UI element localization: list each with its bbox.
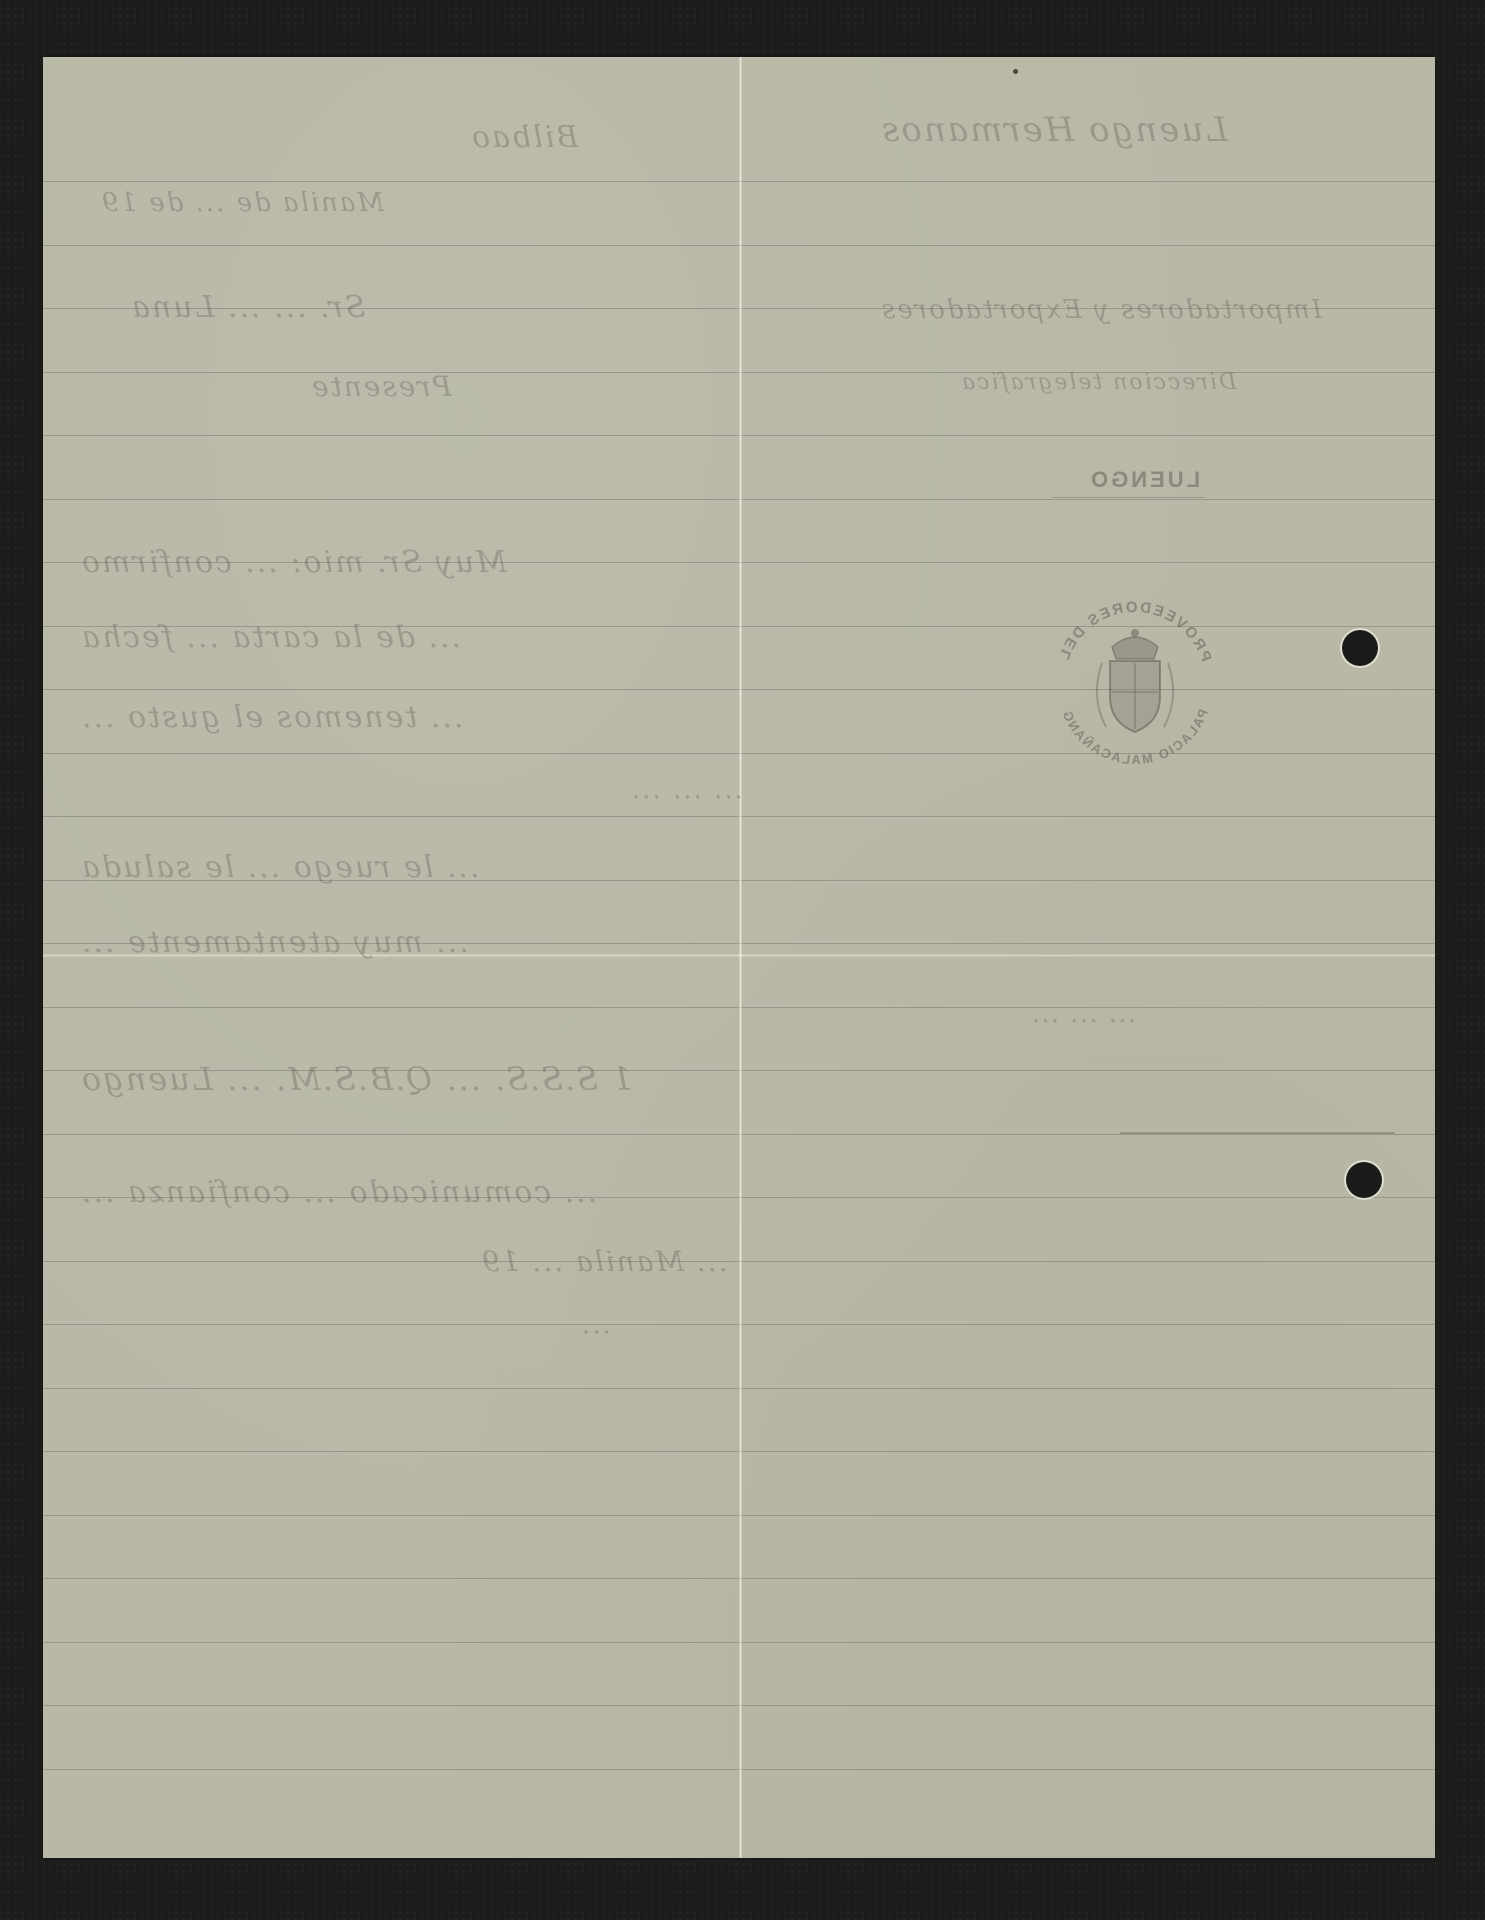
bleed-through-line: Manila de ... de 19 [100, 188, 384, 218]
letter-sheet: Luengo HermanosBilbaoManila de ... de 19… [43, 57, 1435, 1858]
punch-hole-lower [1346, 1162, 1382, 1198]
bleed-through-line: ... le ruego ... le saluda [80, 850, 480, 885]
bleed-through-line: Bilbao [470, 120, 578, 155]
bleed-through-line: ... de la carta ... fecha [80, 620, 461, 655]
stamp-underline [1053, 497, 1205, 498]
coat-of-arms-icon: PROVEEDORES DEL PALACIO MALACAÑANG [1040, 587, 1230, 777]
bleed-through-line: ... tenemos el gusto ... [80, 700, 464, 735]
ink-spot [1013, 69, 1018, 74]
bleed-through-line: ... ... ... [630, 775, 743, 805]
punch-hole-upper [1342, 630, 1378, 666]
bleed-through-line: ... [580, 1310, 611, 1340]
handwritten-underline [1120, 1132, 1395, 1134]
bleed-through-line: Direccion telegrafica [960, 370, 1237, 395]
bleed-through-line: ... Manila ... 19 [480, 1245, 728, 1278]
bleed-through-line: ... comunicado ... confianza ... [80, 1175, 597, 1210]
bleed-through-line: Sr. ... ... Luna [130, 290, 365, 325]
bleed-through-line: Muy Sr. mio: ... confirmo [80, 545, 507, 580]
bleed-through-line: ... ... ... [1030, 1000, 1136, 1028]
bleed-through-line: Importadores y Exportadores [880, 295, 1322, 325]
bleed-through-line: Luengo Hermanos [880, 110, 1228, 150]
palace-purveyor-seal: PROVEEDORES DEL PALACIO MALACAÑANG [1040, 587, 1230, 777]
vertical-fold-crease [739, 57, 742, 1858]
bleed-through-line: 1 S.S.S. ... Q.B.S.M. ... Luengo [80, 1060, 633, 1098]
bleed-through-line: Presente [310, 370, 452, 403]
bleed-through-line: ... muy atentamente ... [80, 925, 469, 960]
luengo-stamp: LUENGO [1088, 467, 1200, 493]
